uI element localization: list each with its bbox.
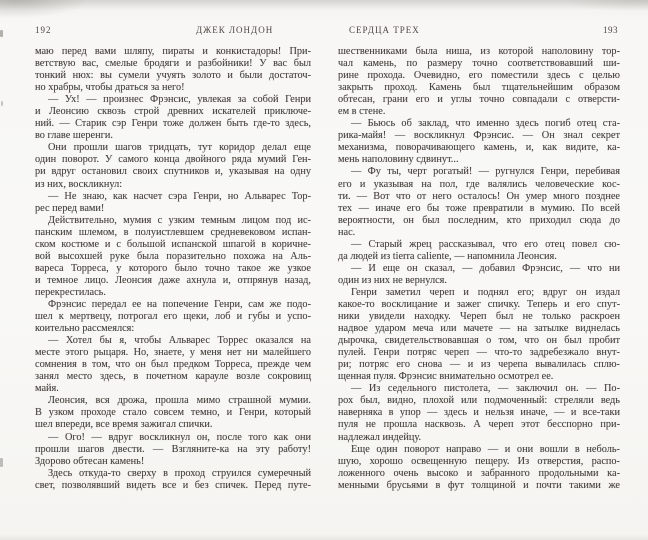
text-line: щенная пуля. Фрэнсис внимательно осмотре… <box>338 371 620 383</box>
text-line: рине прохода. Очевидно, его поместили зд… <box>338 70 620 82</box>
text-line: дырочка, свидетельствовавшая о том, что … <box>338 335 620 347</box>
text-line: обтесан, грани его и углы точно совпадал… <box>338 94 620 106</box>
text-line: В узком проходе стало совсем темно, и Ге… <box>35 407 311 419</box>
text-line: коительно рассмеялся: <box>35 323 311 335</box>
scan-artifact-corner-smudge <box>0 0 150 26</box>
text-line: ложенного очень высоко и забранного прод… <box>338 468 620 480</box>
text-line: занял место здесь, в почетном карауле во… <box>35 371 311 383</box>
text-line: мень наполовину сдвинут... <box>338 154 620 166</box>
running-title-right: СЕРДЦА ТРЕХ <box>349 25 420 35</box>
text-line: Леонсия, вся дрожа, прошла мимо страшной… <box>35 395 311 407</box>
text-line: — Не знаю, как насчет сэра Генри, но Аль… <box>35 191 311 203</box>
running-title-left: ДЖЕК ЛОНДОН <box>196 25 273 35</box>
text-line: перекрестилась. <box>35 287 311 299</box>
text-line: рес перед вами! <box>35 203 311 215</box>
scan-artifact-corner-smudge <box>528 0 648 16</box>
text-line: майя. <box>35 383 311 395</box>
text-line: закрыть проход. Камень был тщательнейшим… <box>338 82 620 94</box>
text-line: шел впереди, все время зажигал спички. <box>35 419 311 431</box>
text-line: вареса Торреса, у которого было точно та… <box>35 263 311 275</box>
scan-artifact-edge-mark <box>0 458 3 467</box>
text-line: рох был, видно, плохой или подмоченный: … <box>338 395 620 407</box>
text-line: какое-то восклицание и зажег спичку. Теп… <box>338 299 620 311</box>
text-line: панским шлемом, в полуистлевшем средневе… <box>35 227 311 239</box>
page-right-text-block: шественниками была ниша, из которой напо… <box>338 46 620 492</box>
text-line: Фрэнсис передал ее на попечение Генри, с… <box>35 299 311 311</box>
text-line: месте этого рыцаря. Но, знаете, у меня н… <box>35 347 311 359</box>
text-line: — И еще он сказал, — добавил Фрэнсис, — … <box>338 263 620 275</box>
text-line: ском костюме и с большой испанской шпаго… <box>35 239 311 251</box>
text-line: и темное лицо. Леонсия даже ахнула и, от… <box>35 275 311 287</box>
text-line: тех — иначе его бы тоже превратили в мум… <box>338 203 620 215</box>
page-left-text-block: маю перед вами шляпу, пираты и конкистад… <box>35 46 311 492</box>
text-line: — Старый жрец рассказывал, что его отец … <box>338 239 620 251</box>
text-line: маю перед вами шляпу, пираты и конкистад… <box>35 46 311 58</box>
text-line: пуля не прошла насквозь. А череп этот бе… <box>338 419 620 431</box>
text-line: сомнения в том, что он был предком Торре… <box>35 359 311 371</box>
text-line: Генри заметил череп и поднял его; вдруг … <box>338 287 620 299</box>
text-line: Здесь откуда-то сверху в проход струился… <box>35 468 311 480</box>
text-line: — Фу ты, черт рогатый! — ругнулся Генри,… <box>338 166 620 178</box>
text-line: Здорово обтесан камень! <box>35 456 311 468</box>
text-line: шую, хорошо освещенную пещеру. Из отверс… <box>338 456 620 468</box>
text-line: ри; потряс его снова — и из черепа вывал… <box>338 359 620 371</box>
text-line: ри вдруг остановил своих спутников и, ук… <box>35 166 311 178</box>
scan-artifact-bottom-shadow <box>0 534 648 540</box>
text-line: свет, позволявший видеть все и без спиче… <box>35 480 311 492</box>
text-line: да людей из tierra caliente, — напомнила… <box>338 251 620 263</box>
text-line: механизма, поворачивающего камень, и, ка… <box>338 142 620 154</box>
text-line: рика-майя! — воскликнул Фрэнсис. — Он зн… <box>338 130 620 142</box>
scan-artifact-edge-mark <box>0 30 3 37</box>
text-line: его и указывая на пол, где валялись чело… <box>338 179 620 191</box>
text-line: наверняка в упор — здесь и нельзя иначе,… <box>338 407 620 419</box>
text-line: ем в стене. <box>338 106 620 118</box>
book-scan-spread: 192 ДЖЕК ЛОНДОН СЕРДЦА ТРЕХ 193 маю пере… <box>0 0 648 540</box>
text-line: ники увидели находку. Череп был не тольк… <box>338 311 620 323</box>
scan-artifact-edge-mark <box>1 101 3 106</box>
page-number-right: 193 <box>590 25 618 35</box>
text-line: один поворот. У самого конца двойного ря… <box>35 154 311 166</box>
page-number-left: 192 <box>35 25 52 35</box>
text-line: Еще один поворот направо — и они вошли в… <box>338 444 620 456</box>
text-line: нас. <box>338 227 620 239</box>
text-line: вой высохшей руке была поразительно похо… <box>35 251 311 263</box>
text-line: шел к мертвецу, потрогал его щеки, лоб и… <box>35 311 311 323</box>
text-line: из них, воскликнул: <box>35 179 311 191</box>
text-line: вероятности, он был последним, кто прихо… <box>338 215 620 227</box>
text-line: — Ух! — произнес Фрэнсис, увлекая за соб… <box>35 94 311 106</box>
text-line: шественниками была ниша, из которой напо… <box>338 46 620 58</box>
text-line: ний. — Старик сэр Генри тоже должен быть… <box>35 118 311 130</box>
text-line: и Леонсию сквозь строй древних искателей… <box>35 106 311 118</box>
text-line: Действительно, мумия с узким темным лицо… <box>35 215 311 227</box>
text-line: надлежал индейцу. <box>338 432 620 444</box>
text-line: ти. — Вот что от него осталось! Он умер … <box>338 191 620 203</box>
text-line: тонкий нюх: вы сумели учуять золото и бы… <box>35 70 311 82</box>
text-line: но храбры, чтобы драться за него! <box>35 82 311 94</box>
text-line: надвое ударом меча или мачете — на затыл… <box>338 323 620 335</box>
text-line: — Из седельного пистолета, — заключил он… <box>338 383 620 395</box>
text-line: ветствую вас, смелые бродяги и разбойник… <box>35 58 311 70</box>
text-line: Они прошли шагов тридцать, тут коридор д… <box>35 142 311 154</box>
text-line: чал камень, по размеру точно соответство… <box>338 58 620 70</box>
text-line: прошли шагов двести. — Взгляните-ка на э… <box>35 444 311 456</box>
text-line: менными брусьями в фут толщиной и почти … <box>338 480 620 492</box>
text-line: — Хотел бы я, чтобы Альварес Торрес оказ… <box>35 335 311 347</box>
text-line: — Ого! — вдруг воскликнул он, после того… <box>35 432 311 444</box>
text-line: пулей. Генри потряс череп — что-то задре… <box>338 347 620 359</box>
text-line: во главе шеренги. <box>35 130 311 142</box>
text-line: — Бьюсь об заклад, что именно здесь поги… <box>338 118 620 130</box>
text-line: один из них не вернулся. <box>338 275 620 287</box>
